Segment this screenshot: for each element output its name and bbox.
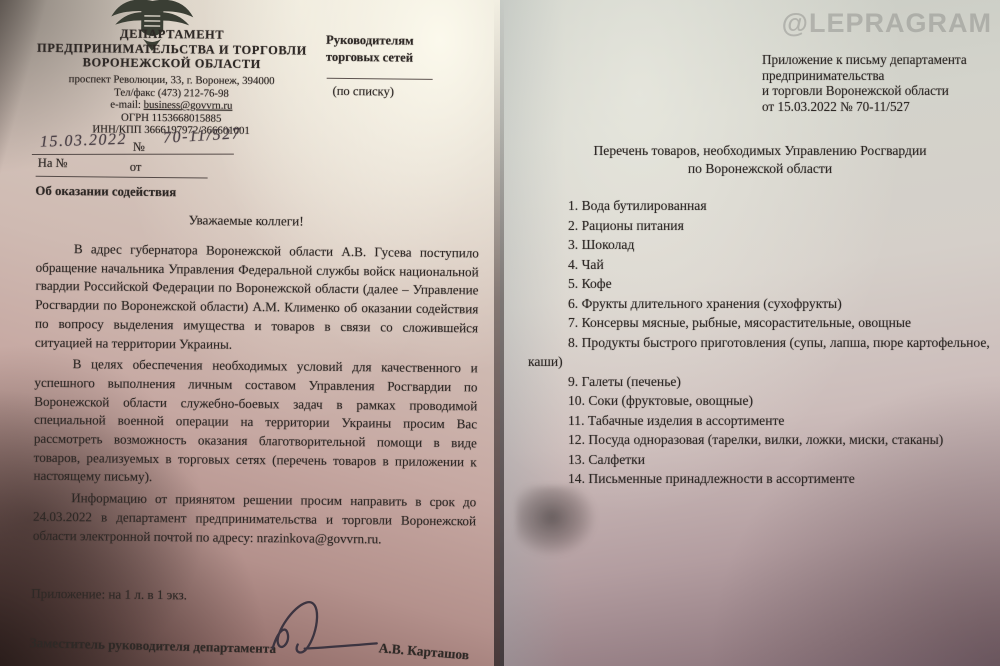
two-page-document-photo: ДЕПАРТАМЕНТ ПРЕДПРИНИМАТЕЛЬСТВА И ТОРГОВ…	[0, 0, 1000, 666]
list-item: 6. Фрукты длительного хранения (сухофрук…	[528, 294, 998, 314]
reg-rule	[36, 176, 208, 179]
signature	[264, 592, 390, 666]
watermark: @LEPRAGRAM	[782, 8, 992, 39]
signer-name: А.В. Карташов	[378, 640, 469, 663]
list-item: 8. Продукты быстрого приготовления (супы…	[528, 333, 998, 372]
list-item: 5. Кофе	[528, 274, 998, 294]
list-item: 7. Консервы мясные, рыбные, мясорастител…	[528, 313, 998, 333]
appendix-title-line: Перечень товаров, необходимых Управлению…	[535, 142, 985, 160]
attachment-note: Приложение: на 1 л. в 1 экз.	[31, 586, 187, 604]
reg-rule	[32, 154, 234, 155]
list-item: 13. Салфетки	[528, 450, 998, 470]
goods-list: 1. Вода бутилированная 2. Рационы питани…	[528, 196, 998, 489]
appendix-title-line: по Воронежской области	[535, 160, 985, 178]
list-item: 11. Табачные изделия в ассортименте	[528, 411, 998, 431]
paragraph: Информацию от приянятом решении просим н…	[33, 489, 477, 550]
letter-subject: Об оказании содействия	[35, 184, 176, 200]
number-sign: №	[133, 140, 145, 155]
paragraph: В адрес губернатора Воронежской области …	[35, 240, 479, 357]
appendix-title: Перечень товаров, необходимых Управлению…	[535, 142, 985, 178]
appendix-ref-line: Приложение к письму департамента	[762, 52, 994, 68]
list-item: 1. Вода бутилированная	[528, 196, 998, 216]
list-item: 4. Чай	[528, 255, 998, 275]
signer-title: Заместитель руководителя департамента	[30, 635, 277, 657]
org-line: ВОРОНЕЖСКОЙ ОБЛАСТИ	[21, 55, 323, 73]
na-no-label: На №	[38, 156, 68, 171]
salutation: Уважаемые коллеги!	[36, 211, 456, 231]
appendix-ref-line: от 15.03.2022 № 70-11/527	[762, 99, 994, 115]
handwritten-reg-number: 70-11/527	[163, 125, 242, 148]
list-item: 14. Письменные принадлежности в ассортим…	[528, 469, 998, 489]
appendix-page: @LEPRAGRAM Приложение к письму департаме…	[500, 0, 1000, 666]
addressee-line: торговых сетей	[326, 49, 466, 67]
list-item: 3. Шоколад	[528, 235, 998, 255]
addressee-rule	[327, 78, 433, 80]
list-item: 12. Посуда одноразовая (тарелки, вилки, …	[528, 430, 998, 450]
addressee-note: (по списку)	[332, 84, 394, 100]
letterhead-org-name: ДЕПАРТАМЕНТ ПРЕДПРИНИМАТЕЛЬСТВА И ТОРГОВ…	[21, 26, 323, 73]
email-address: business@govvrn.ru	[144, 99, 233, 112]
appendix-ref-line: предпринимательства	[762, 68, 994, 84]
email-label: e-mail:	[110, 99, 143, 111]
ink-smudge	[516, 486, 596, 556]
paragraph: В целях обеспечения необходимых условий …	[33, 355, 477, 491]
list-item: 9. Галеты (печенье)	[528, 372, 998, 392]
appendix-ref-line: и торговли Воронежской области	[762, 83, 994, 99]
letter-body: В адрес губернатора Воронежской области …	[33, 240, 479, 553]
letter-page: ДЕПАРТАМЕНТ ПРЕДПРИНИМАТЕЛЬСТВА И ТОРГОВ…	[0, 0, 500, 666]
list-item: 10. Соки (фруктовые, овощные)	[528, 391, 998, 411]
addressee-line: Руководителям	[326, 32, 466, 50]
list-item: 2. Рационы питания	[528, 216, 998, 236]
handwritten-date: 15.03.2022	[40, 131, 128, 152]
addressee-block: Руководителям торговых сетей	[326, 32, 466, 67]
appendix-reference: Приложение к письму департамента предпри…	[762, 52, 994, 114]
ot-label: от	[130, 160, 142, 175]
page-seam-shadow	[494, 0, 504, 666]
